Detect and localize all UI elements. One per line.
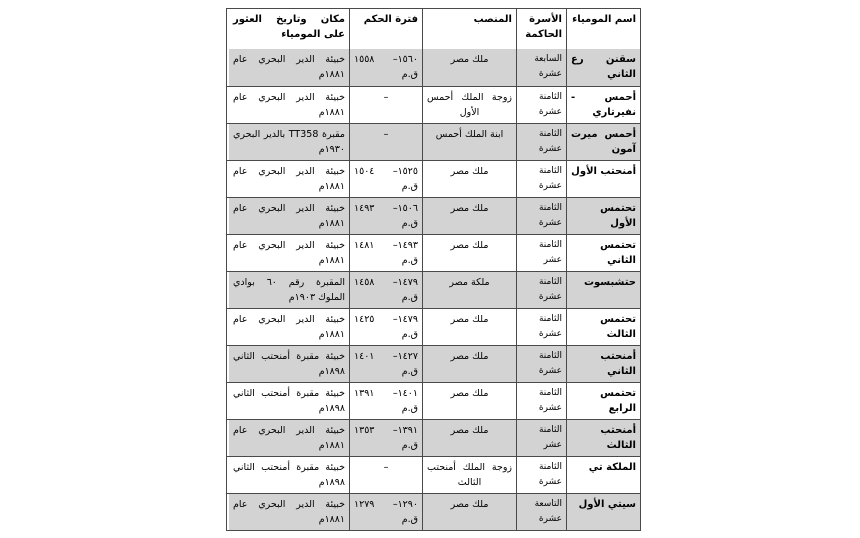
reign-end: ١٤٢٥: [354, 312, 374, 327]
dynasty-cell: السابعة عشرة: [517, 49, 567, 86]
table-row: تحتمس الرابع الثامنة عشرة ملك مصر ١٤٠١–١…: [227, 382, 640, 419]
reign-start: ١٥٦٠–: [393, 52, 418, 67]
reign-cell: ١٢٩٠–١٢٧٩ق.م: [350, 494, 423, 530]
discovery-cell: مقبرة TT358 بالدير البحري ١٩٣٠م: [229, 124, 350, 160]
reign-dash: –: [354, 460, 418, 475]
reign-era: ق.م: [354, 253, 418, 268]
table-row: حتشبسوت الثامنة عشرة ملكة مصر ١٤٧٩–١٤٥٨ق…: [227, 271, 640, 308]
table-row: تحتمس الثاني الثامنة عشر ملك مصر ١٤٩٣–١٤…: [227, 234, 640, 271]
dynasty-cell: الثامنة عشرة: [517, 457, 567, 493]
mummies-table: اسم المومياء الأسرة الحاكمة المنصب فترة …: [226, 8, 641, 531]
table-row: أمنحتب الثالث الثامنة عشر ملك مصر ١٣٩١–١…: [227, 419, 640, 456]
reign-end: ١٢٧٩: [354, 497, 374, 512]
mummy-name-cell: حتشبسوت: [567, 272, 640, 308]
position-cell: ملك مصر: [423, 383, 517, 419]
reign-cell: ١٥٠٦–١٤٩٣ق.م: [350, 198, 423, 234]
reign-years: ١٣٩١–١٣٥٣: [354, 423, 418, 438]
reign-era: ق.م: [354, 512, 418, 527]
mummy-name-cell: الملكة تي: [567, 457, 640, 493]
reign-era: ق.م: [354, 401, 418, 416]
position-cell: ملك مصر: [423, 198, 517, 234]
discovery-cell: خبيئة الدير البحري عام ١٨٨١م: [229, 309, 350, 345]
table-row: سقنن رع الثاني السابعة عشرة ملك مصر ١٥٦٠…: [227, 49, 640, 86]
reign-start: ١٥٠٦–: [393, 201, 418, 216]
reign-start: ١٣٩١–: [393, 423, 418, 438]
reign-start: ١٤٧٩–: [393, 312, 418, 327]
position-cell: ملك مصر: [423, 161, 517, 197]
reign-era: ق.م: [354, 327, 418, 342]
reign-start: ١٥٢٥–: [393, 164, 418, 179]
reign-cell: ١٤٩٣–١٤٨١ق.م: [350, 235, 423, 271]
header-dynasty: الأسرة الحاكمة: [517, 9, 567, 49]
table-row: تحتمس الثالث الثامنة عشرة ملك مصر ١٤٧٩–١…: [227, 308, 640, 345]
discovery-cell: خبيئة الدير البحري عام ١٨٨١م: [229, 420, 350, 456]
reign-start: ١٤٠١–: [393, 386, 418, 401]
position-cell: ملك مصر: [423, 494, 517, 530]
document-page: اسم المومياء الأسرة الحاكمة المنصب فترة …: [0, 0, 860, 538]
reign-era: ق.م: [354, 216, 418, 231]
dynasty-cell: الثامنة عشرة: [517, 272, 567, 308]
reign-years: ١٤٢٧–١٤٠١: [354, 349, 418, 364]
reign-end: ١٥٠٤: [354, 164, 374, 179]
mummy-name-cell: تحتمس الرابع: [567, 383, 640, 419]
table-row: أمنحتب الأول الثامنة عشرة ملك مصر ١٥٢٥–١…: [227, 160, 640, 197]
reign-years: ١٥٠٦–١٤٩٣: [354, 201, 418, 216]
reign-cell: ١٤٠١–١٣٩١ق.م: [350, 383, 423, 419]
dynasty-cell: الثامنة عشر: [517, 420, 567, 456]
table-row: أحمس ميرت آمون الثامنة عشرة ابنة الملك أ…: [227, 123, 640, 160]
mummy-name-cell: سقنن رع الثاني: [567, 49, 640, 86]
dynasty-cell: التاسعة عشرة: [517, 494, 567, 530]
reign-end: ١٣٩١: [354, 386, 374, 401]
mummy-name-cell: تحتمس الثاني: [567, 235, 640, 271]
discovery-cell: خبيئة مقبرة أمنحتب الثاني ١٨٩٨م: [229, 383, 350, 419]
mummy-name-cell: أحمس ميرت آمون: [567, 124, 640, 160]
reign-era: ق.م: [354, 438, 418, 453]
table-row: أمنحتب الثاني الثامنة عشرة ملك مصر ١٤٢٧–…: [227, 345, 640, 382]
position-cell: ملك مصر: [423, 309, 517, 345]
reign-start: ١٤٩٣–: [393, 238, 418, 253]
reign-cell: ١٤٧٩–١٤٥٨ق.م: [350, 272, 423, 308]
reign-years: ١٥٦٠–١٥٥٨: [354, 52, 418, 67]
reign-end: ١٤٨١: [354, 238, 374, 253]
reign-dash: –: [354, 90, 418, 105]
discovery-cell: خبيئة مقبرة أمنحتب الثاني ١٨٩٨م: [229, 457, 350, 493]
table-row: أحمس - نفيرتاري الثامنة عشرة زوجة الملك …: [227, 86, 640, 123]
mummy-name-cell: سيتي الأول: [567, 494, 640, 530]
table-row: سيتي الأول التاسعة عشرة ملك مصر ١٢٩٠–١٢٧…: [227, 493, 640, 530]
dynasty-cell: الثامنة عشرة: [517, 309, 567, 345]
mummy-name-cell: تحتمس الأول: [567, 198, 640, 234]
position-cell: ملك مصر: [423, 346, 517, 382]
reign-era: ق.م: [354, 364, 418, 379]
mummy-name-cell: أمنحتب الثالث: [567, 420, 640, 456]
position-cell: ابنة الملك أحمس: [423, 124, 517, 160]
dynasty-cell: الثامنة عشرة: [517, 198, 567, 234]
reign-years: ١٤٠١–١٣٩١: [354, 386, 418, 401]
reign-cell: ١٤٧٩–١٤٢٥ق.م: [350, 309, 423, 345]
discovery-cell: المقبرة رقم ٦٠ بوادي الملوك ١٩٠٣م: [229, 272, 350, 308]
header-reign-period: فترة الحكم: [350, 9, 423, 49]
reign-end: ١٤٥٨: [354, 275, 374, 290]
mummy-name-cell: أمنحتب الثاني: [567, 346, 640, 382]
reign-start: ١٢٩٠–: [393, 497, 418, 512]
dynasty-cell: الثامنة عشرة: [517, 87, 567, 123]
discovery-cell: خبيئة الدير البحري عام ١٨٨١م: [229, 235, 350, 271]
reign-years: ١٢٩٠–١٢٧٩: [354, 497, 418, 512]
reign-end: ١٤٠١: [354, 349, 374, 364]
dynasty-cell: الثامنة عشر: [517, 235, 567, 271]
table-body: سقنن رع الثاني السابعة عشرة ملك مصر ١٥٦٠…: [227, 49, 640, 530]
reign-cell: –: [350, 457, 423, 493]
reign-cell: ١٤٢٧–١٤٠١ق.م: [350, 346, 423, 382]
table-row: الملكة تي الثامنة عشرة زوجة الملك أمنحتب…: [227, 456, 640, 493]
reign-years: ١٤٧٩–١٤٢٥: [354, 312, 418, 327]
reign-cell: ١٥٢٥–١٥٠٤ق.م: [350, 161, 423, 197]
reign-dash: –: [354, 127, 418, 142]
position-cell: ملك مصر: [423, 235, 517, 271]
dynasty-cell: الثامنة عشرة: [517, 346, 567, 382]
position-cell: زوجة الملك أحمس الأول: [423, 87, 517, 123]
header-discovery: مكان وتاريخ العثور على المومياء: [229, 9, 350, 49]
reign-start: ١٤٧٩–: [393, 275, 418, 290]
reign-cell: –: [350, 87, 423, 123]
reign-years: ١٤٧٩–١٤٥٨: [354, 275, 418, 290]
discovery-cell: خبيئة الدير البحري عام ١٨٨١م: [229, 87, 350, 123]
dynasty-cell: الثامنة عشرة: [517, 161, 567, 197]
discovery-cell: خبيئة الدير البحري عام ١٨٨١م: [229, 198, 350, 234]
position-cell: زوجة الملك أمنحتب الثالث: [423, 457, 517, 493]
reign-era: ق.م: [354, 179, 418, 194]
reign-end: ١٤٩٣: [354, 201, 374, 216]
reign-end: ١٣٥٣: [354, 423, 374, 438]
discovery-cell: خبيئة الدير البحري عام ١٨٨١م: [229, 161, 350, 197]
discovery-cell: خبيئة الدير البحري عام ١٨٨١م: [229, 494, 350, 530]
dynasty-cell: الثامنة عشرة: [517, 383, 567, 419]
reign-cell: –: [350, 124, 423, 160]
table-row: تحتمس الأول الثامنة عشرة ملك مصر ١٥٠٦–١٤…: [227, 197, 640, 234]
reign-years: ١٤٩٣–١٤٨١: [354, 238, 418, 253]
reign-cell: ١٥٦٠–١٥٥٨ق.م: [350, 49, 423, 86]
mummy-name-cell: أمنحتب الأول: [567, 161, 640, 197]
header-position: المنصب: [423, 9, 517, 49]
reign-era: ق.م: [354, 290, 418, 305]
position-cell: ملكة مصر: [423, 272, 517, 308]
mummy-name-cell: تحتمس الثالث: [567, 309, 640, 345]
header-mummy-name: اسم المومياء: [567, 9, 640, 49]
position-cell: ملك مصر: [423, 420, 517, 456]
reign-cell: ١٣٩١–١٣٥٣ق.م: [350, 420, 423, 456]
discovery-cell: خبيئة الدير البحري عام ١٨٨١م: [229, 49, 350, 86]
discovery-cell: خبيئة مقبرة أمنحتب الثاني ١٨٩٨م: [229, 346, 350, 382]
reign-end: ١٥٥٨: [354, 52, 374, 67]
reign-start: ١٤٢٧–: [393, 349, 418, 364]
mummy-name-cell: أحمس - نفيرتاري: [567, 87, 640, 123]
reign-years: ١٥٢٥–١٥٠٤: [354, 164, 418, 179]
table-header-row: اسم المومياء الأسرة الحاكمة المنصب فترة …: [227, 9, 640, 49]
dynasty-cell: الثامنة عشرة: [517, 124, 567, 160]
reign-era: ق.م: [354, 67, 418, 82]
position-cell: ملك مصر: [423, 49, 517, 86]
